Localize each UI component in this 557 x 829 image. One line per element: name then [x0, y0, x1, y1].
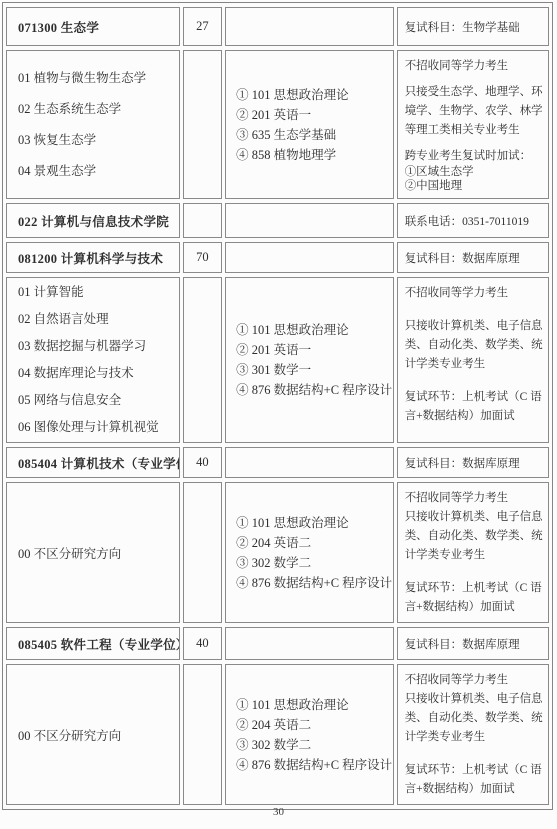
table-row-program: 085405 软件工程（专业学位） 40 复试科目：数据库原理: [6, 627, 549, 660]
subject-item: ② 204 英语二: [236, 715, 391, 735]
document-page: 071300 生态学 27 复试科目：生物学基础 01 植物与微生物生态学 02…: [0, 0, 557, 829]
note-cell: 复试科目：数据库原理: [397, 627, 549, 660]
program-name: 085404 计算机技术（专业学位）: [18, 457, 180, 471]
note-line: 只接收计算机类、电子信息类、自动化类、数学类、统计学类专业考生: [405, 317, 544, 374]
program-name-cell: 085405 软件工程（专业学位）: [6, 627, 180, 660]
subject-item: ③ 635 生态学基础: [236, 125, 391, 145]
directions-list: 01 计算智能 02 自然语言处理 03 数据挖掘与机器学习 04 数据库理论与…: [18, 279, 175, 441]
subject-item: ① 101 思想政治理论: [236, 513, 391, 533]
subject-item: ③ 302 数学二: [236, 553, 391, 573]
table-row-program: 085404 计算机技术（专业学位） 40 复试科目：数据库原理: [6, 447, 549, 478]
note-line: 复试环节：上机考试（C 语言+数据结构）加面试: [405, 761, 544, 799]
directions-cell: 00 不区分研究方向: [6, 482, 180, 623]
exam-subjects-list: ① 101 思想政治理论 ② 201 英语一 ③ 301 数学一 ④ 876 数…: [236, 320, 391, 400]
exam-subjects-list: ① 101 思想政治理论 ② 204 英语二 ③ 302 数学二 ④ 876 数…: [236, 695, 391, 775]
note-line: 不招收同等学力考生: [405, 489, 544, 508]
exam-subjects-cell: ① 101 思想政治理论 ② 201 英语一 ③ 635 生态学基础 ④ 858…: [225, 50, 394, 199]
direction-item: 02 自然语言处理: [18, 306, 175, 333]
directions-cell: 01 计算智能 02 自然语言处理 03 数据挖掘与机器学习 04 数据库理论与…: [6, 277, 180, 443]
subject-item: ③ 301 数学一: [236, 360, 391, 380]
direction-item: 03 数据挖掘与机器学习: [18, 333, 175, 360]
note-cell: 复试科目：生物学基础: [397, 7, 549, 46]
note-line: ①区域生态学: [405, 166, 544, 180]
notes-cell: 不招收同等学力考生 只接收计算机类、电子信息类、自动化类、数学类、统计学类专业考…: [397, 482, 549, 623]
directions-cell: 01 植物与微生物生态学 02 生态系统生态学 03 恢复生态学 04 景观生态…: [6, 50, 180, 199]
notes-cell: 不招收同等学力考生 只接受生态学、地理学、环境学、生物学、农学、林学等理工类相关…: [397, 50, 549, 199]
program-name: 085405 软件工程（专业学位）: [18, 638, 180, 652]
note-text: 复试科目：数据库原理: [405, 253, 520, 265]
direction-item: 01 植物与微生物生态学: [18, 63, 175, 94]
exam-subjects-cell: ① 101 思想政治理论 ② 201 英语一 ③ 301 数学一 ④ 876 数…: [225, 277, 394, 443]
quota-value: 70: [196, 250, 209, 264]
quota-cell: 27: [183, 7, 223, 46]
empty-cell: [225, 203, 394, 238]
notes-cell: 不招收同等学力考生 只接收计算机类、电子信息类、自动化类、数学类、统计学类专业考…: [397, 277, 549, 443]
empty-cell: [225, 447, 394, 478]
quota-value: 40: [196, 455, 209, 469]
page-number: 30: [0, 806, 557, 818]
table-row-detail: 01 计算智能 02 自然语言处理 03 数据挖掘与机器学习 04 数据库理论与…: [6, 277, 549, 443]
note-line: 只接受生态学、地理学、环境学、生物学、农学、林学等理工类相关专业考生: [405, 83, 544, 140]
table-row-program: 071300 生态学 27 复试科目：生物学基础: [6, 7, 549, 46]
note-line: 只接收计算机类、电子信息类、自动化类、数学类、统计学类专业考生: [405, 508, 544, 565]
direction-item: 04 数据库理论与技术: [18, 360, 175, 387]
directions-cell: 00 不区分研究方向: [6, 664, 180, 805]
program-name: 071300 生态学: [18, 21, 99, 35]
college-name: 022 计算机与信息技术学院: [18, 215, 169, 229]
note-cell: 复试科目：数据库原理: [397, 242, 549, 273]
exam-subjects-cell: ① 101 思想政治理论 ② 204 英语二 ③ 302 数学二 ④ 876 数…: [225, 482, 394, 623]
direction-item: 00 不区分研究方向: [18, 544, 175, 562]
subject-item: ① 101 思想政治理论: [236, 695, 391, 715]
subject-item: ② 201 英语一: [236, 340, 391, 360]
program-name-cell: 085404 计算机技术（专业学位）: [6, 447, 180, 478]
program-name: 081200 计算机科学与技术: [18, 252, 163, 266]
empty-cell: [183, 277, 223, 443]
subject-item: ④ 858 植物地理学: [236, 145, 391, 165]
admissions-table: 071300 生态学 27 复试科目：生物学基础 01 植物与微生物生态学 02…: [2, 2, 553, 810]
quota-value: 40: [196, 636, 209, 650]
direction-item: 04 景观生态学: [18, 156, 175, 187]
empty-cell: [225, 627, 394, 660]
contact-phone: 联系电话：0351-7011019: [405, 216, 529, 228]
direction-item: 02 生态系统生态学: [18, 94, 175, 125]
note-text: 复试科目：数据库原理: [405, 639, 520, 651]
table-row-program: 081200 计算机科学与技术 70 复试科目：数据库原理: [6, 242, 549, 273]
subject-item: ① 101 思想政治理论: [236, 320, 391, 340]
empty-cell: [183, 664, 223, 805]
note-line: ②中国地理: [405, 180, 544, 194]
note-line: 复试环节：上机考试（C 语言+数据结构）加面试: [405, 388, 544, 426]
directions-list: 00 不区分研究方向: [18, 544, 175, 562]
table-row-detail: 01 植物与微生物生态学 02 生态系统生态学 03 恢复生态学 04 景观生态…: [6, 50, 549, 199]
program-name-cell: 071300 生态学: [6, 7, 180, 46]
subject-item: ② 204 英语二: [236, 533, 391, 553]
subject-item: ③ 302 数学二: [236, 735, 391, 755]
quota-value: 27: [196, 19, 209, 33]
program-name-cell: 081200 计算机科学与技术: [6, 242, 180, 273]
note-line: 只接收计算机类、电子信息类、自动化类、数学类、统计学类专业考生: [405, 690, 544, 747]
direction-item: 03 恢复生态学: [18, 125, 175, 156]
note-line: 跨专业考生复试时加试：: [405, 147, 544, 166]
note-text: 复试科目：数据库原理: [405, 458, 520, 470]
subject-item: ④ 876 数据结构+C 程序设计: [236, 380, 391, 400]
quota-cell: 70: [183, 242, 223, 273]
directions-list: 00 不区分研究方向: [18, 726, 175, 744]
direction-item: 01 计算智能: [18, 279, 175, 306]
direction-item: 05 网络与信息安全: [18, 387, 175, 414]
direction-item: 06 图像处理与计算机视觉: [18, 414, 175, 441]
empty-cell: [225, 7, 394, 46]
subject-item: ① 101 思想政治理论: [236, 85, 391, 105]
quota-cell: 40: [183, 447, 223, 478]
table-row-college: 022 计算机与信息技术学院 联系电话：0351-7011019: [6, 203, 549, 238]
subject-item: ② 201 英语一: [236, 105, 391, 125]
college-name-cell: 022 计算机与信息技术学院: [6, 203, 180, 238]
exam-subjects-list: ① 101 思想政治理论 ② 201 英语一 ③ 635 生态学基础 ④ 858…: [236, 85, 391, 165]
directions-list: 01 植物与微生物生态学 02 生态系统生态学 03 恢复生态学 04 景观生态…: [18, 63, 175, 187]
subject-item: ④ 876 数据结构+C 程序设计: [236, 573, 391, 593]
exam-subjects-list: ① 101 思想政治理论 ② 204 英语二 ③ 302 数学二 ④ 876 数…: [236, 513, 391, 593]
empty-cell: [183, 482, 223, 623]
note-line: 复试环节：上机考试（C 语言+数据结构）加面试: [405, 579, 544, 617]
note-line: 不招收同等学力考生: [405, 284, 544, 303]
note-cell: 复试科目：数据库原理: [397, 447, 549, 478]
table-row-detail: 00 不区分研究方向 ① 101 思想政治理论 ② 204 英语二 ③ 302 …: [6, 664, 549, 805]
notes-cell: 不招收同等学力考生 只接收计算机类、电子信息类、自动化类、数学类、统计学类专业考…: [397, 664, 549, 805]
table-row-detail: 00 不区分研究方向 ① 101 思想政治理论 ② 204 英语二 ③ 302 …: [6, 482, 549, 623]
note-text: 复试科目：生物学基础: [405, 22, 520, 34]
quota-cell: 40: [183, 627, 223, 660]
exam-subjects-cell: ① 101 思想政治理论 ② 204 英语二 ③ 302 数学二 ④ 876 数…: [225, 664, 394, 805]
note-line: 不招收同等学力考生: [405, 57, 544, 76]
note-line: 不招收同等学力考生: [405, 671, 544, 690]
empty-cell: [225, 242, 394, 273]
note-cell: 联系电话：0351-7011019: [397, 203, 549, 238]
subject-item: ④ 876 数据结构+C 程序设计: [236, 755, 391, 775]
empty-cell: [183, 203, 223, 238]
empty-cell: [183, 50, 223, 199]
direction-item: 00 不区分研究方向: [18, 726, 175, 744]
